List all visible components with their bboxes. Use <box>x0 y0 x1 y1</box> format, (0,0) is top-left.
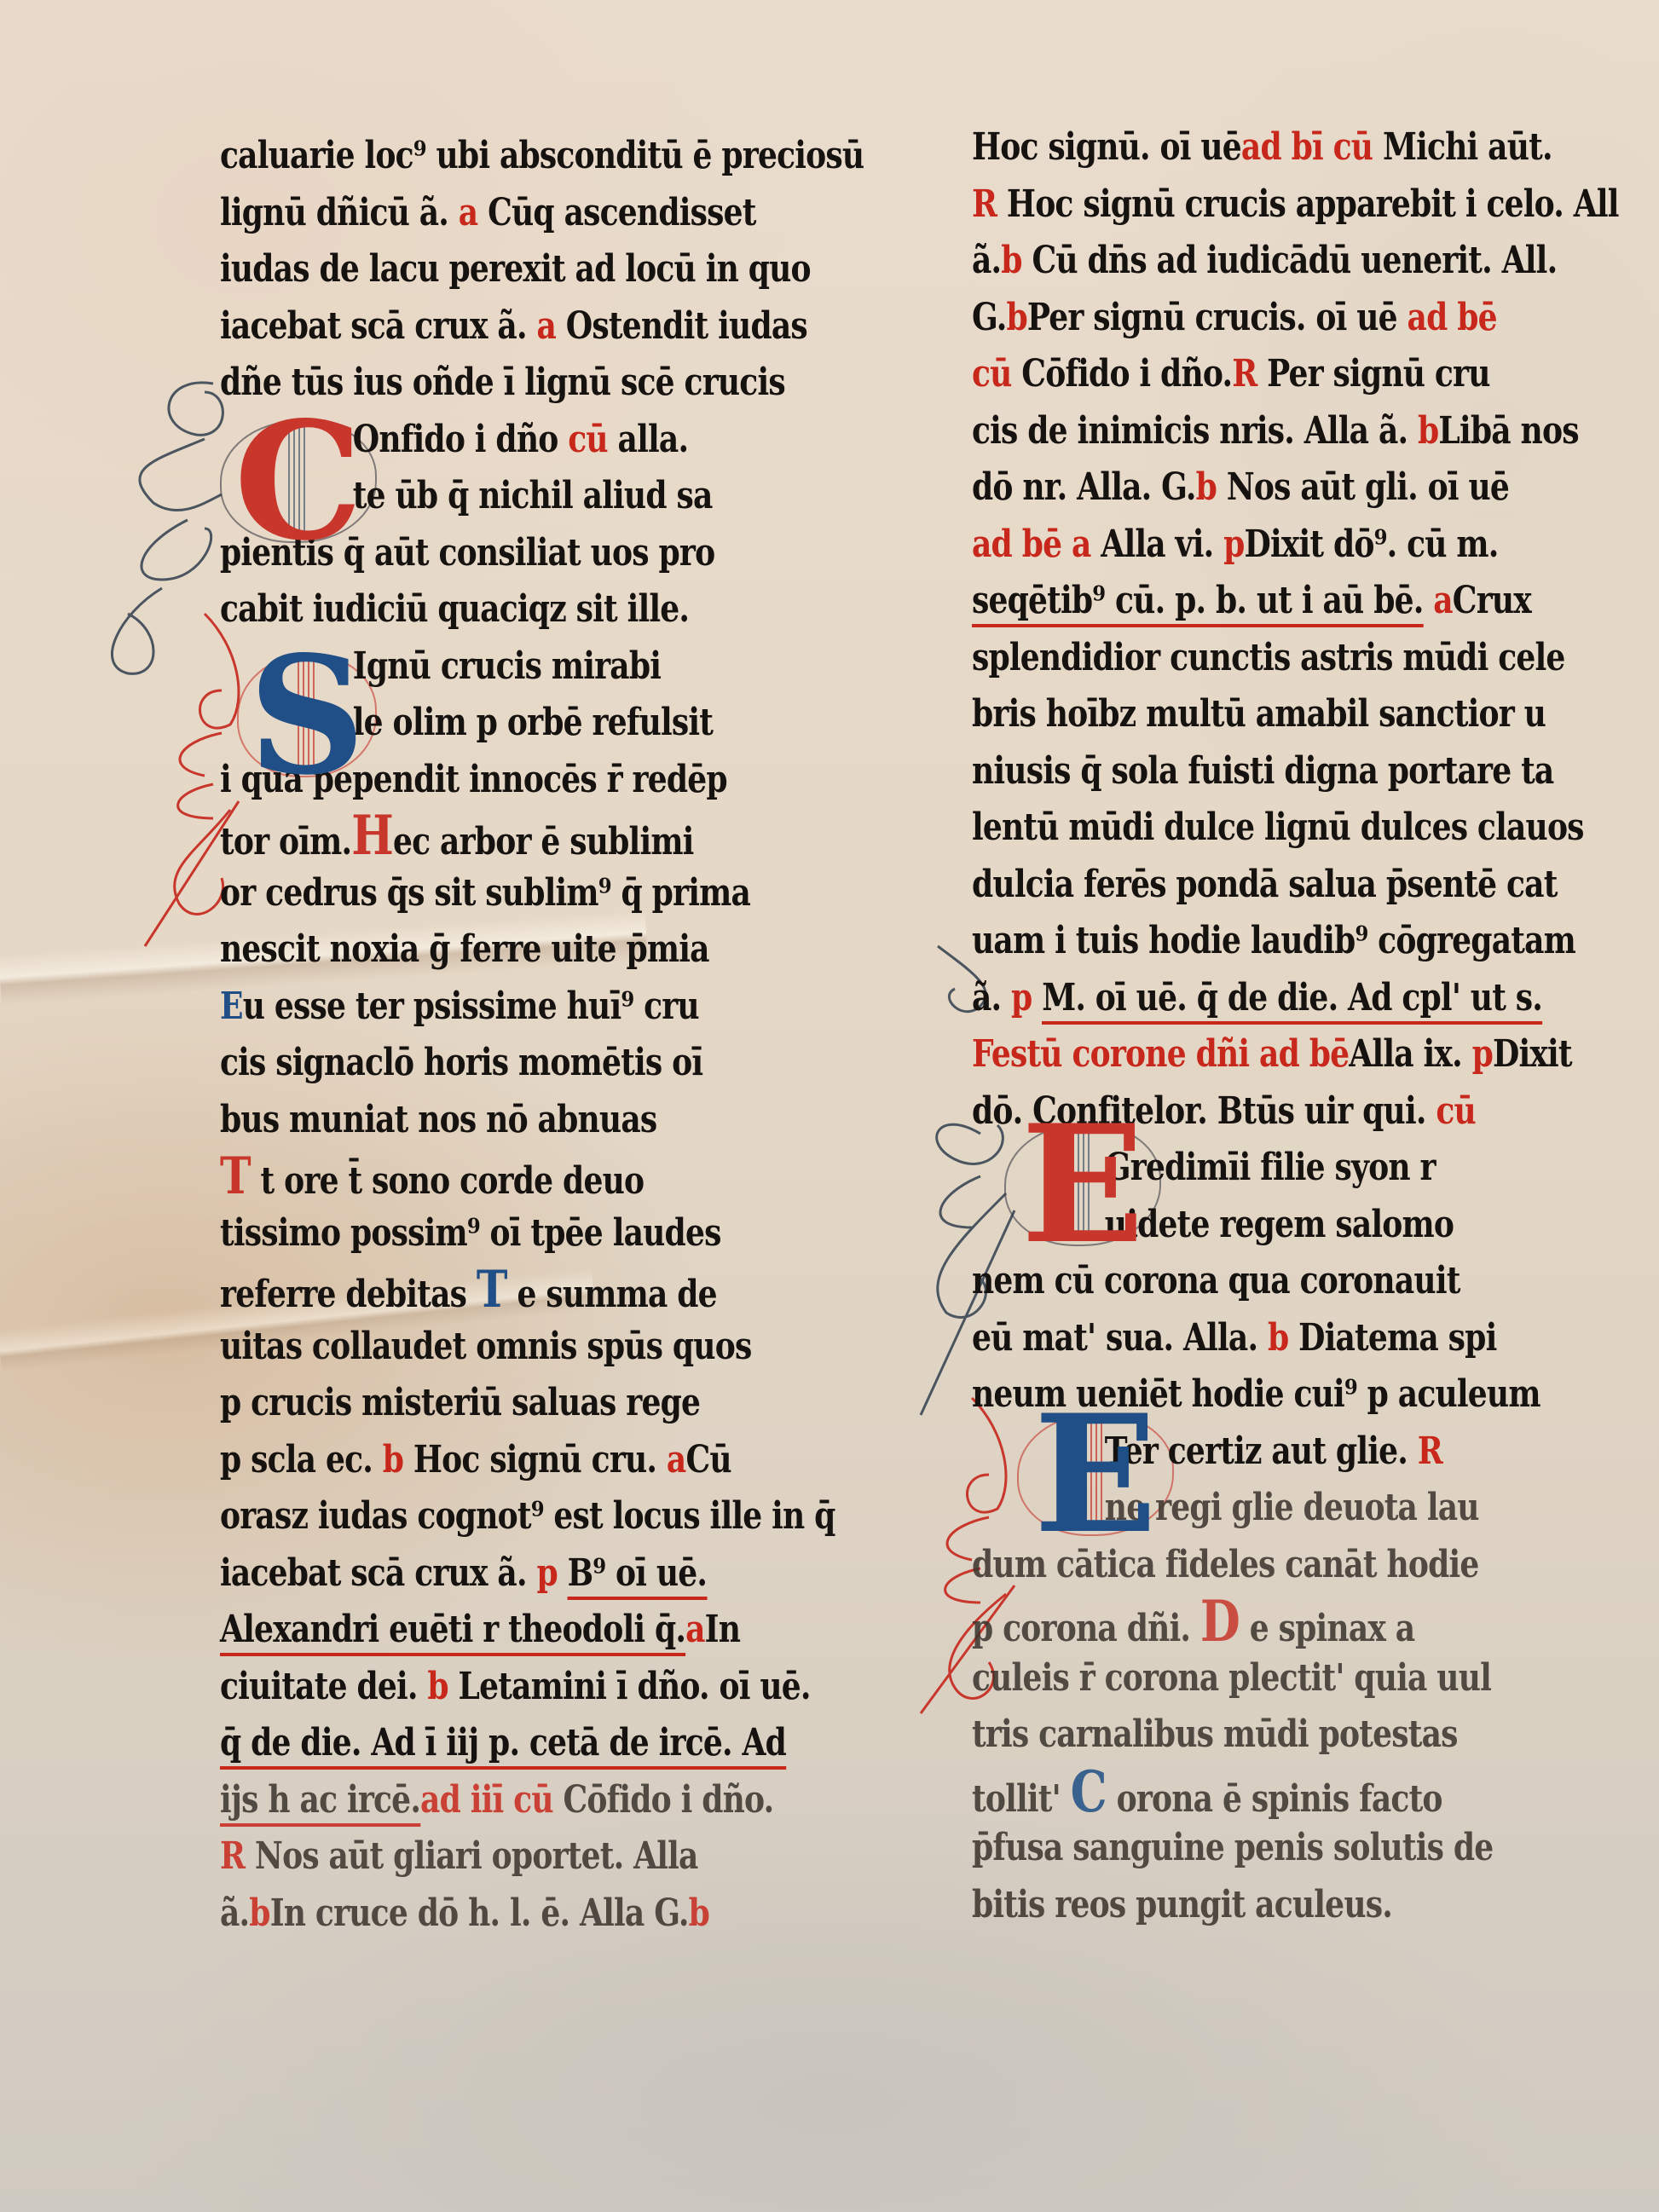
text-line: eū mat' sua. Alla. b Diatema spi <box>972 1310 1524 1367</box>
line-text: p crucis misteriū saluas rege <box>220 1381 700 1424</box>
rubric-response-mark: R <box>972 182 997 226</box>
text-line: p crucis misteriū saluas rege <box>220 1375 772 1432</box>
line-text: tollit' <box>972 1777 1061 1821</box>
rubric-mark: b <box>1001 239 1021 282</box>
text-line: splendidior cunctis astris mūdi cele <box>972 630 1524 687</box>
line-text: dulcia ferēs pondā salua p̄sentē cat <box>972 863 1558 906</box>
rubric-mark: b <box>1268 1316 1288 1360</box>
line-text: Alexandri euēti r theodoli q̄. <box>220 1608 685 1656</box>
text-line: or cedrus q̄s sit sublim⁹ q̄ prima <box>220 865 772 922</box>
text-line: cū Cōfido i dño.R Per signū cru <box>972 346 1524 403</box>
line-text: In <box>705 1608 740 1651</box>
line-text: p corona dñi. <box>972 1607 1190 1650</box>
text-line: cis signaclō horis momētis oī <box>220 1035 772 1092</box>
text-line: iacebat scā crux ã. a Ostendit iudas <box>220 298 772 355</box>
text-line: lignū dñicū ã. a Cūq ascendisset <box>220 185 772 242</box>
text-line: dulcia ferēs pondā salua p̄sentē cat <box>972 857 1524 914</box>
line-text: Alla vi. <box>1101 523 1213 566</box>
line-text: splendidior cunctis astris mūdi cele <box>972 636 1565 679</box>
small-initial-T: T <box>220 1146 251 1206</box>
rubric-mark: p <box>1011 976 1032 1019</box>
line-text: bitis reos pungit aculeus. <box>972 1883 1392 1926</box>
text-line: tris carnalibus mūdi potestas <box>972 1707 1524 1764</box>
text-line: caluarie loc⁹ ubi absconditū ē preciosū <box>220 128 772 185</box>
text-line: ijs h ac ircē.ad iiī cū Cōfido i dño. <box>220 1772 772 1829</box>
line-text: lignū dñicū ã. <box>220 191 448 234</box>
text-line: R Hoc signū crucis apparebit i celo. All <box>972 176 1524 234</box>
line-text: Ostendit iudas <box>566 304 807 348</box>
initial-glyph: E <box>1034 1411 1158 1539</box>
line-text: G. <box>654 1891 688 1935</box>
text-line: bus muniat nos nō abnuas <box>220 1092 772 1149</box>
line-text: Hoc signū crucis apparebit i celo. All <box>1007 182 1619 226</box>
rubric-mark: cū <box>568 418 608 461</box>
rubric-mark: p <box>1223 523 1244 566</box>
line-text: orasz iudas cognot⁹ est locus ille in q̄ <box>220 1494 835 1538</box>
line-text: ã. <box>220 1891 249 1935</box>
line-text: u esse ter psissime huī⁹ cru <box>243 985 699 1028</box>
rubric-mark: ad bī cū <box>1241 125 1373 169</box>
decorated-initial-C: C <box>213 413 384 550</box>
text-line: T t ore t̄ sono corde deuo <box>220 1148 772 1205</box>
line-text: ne regi glie deuota lau <box>1105 1486 1479 1529</box>
line-text: Dixit <box>1493 1032 1572 1076</box>
line-text: t ore t̄ sono corde deuo <box>261 1159 645 1203</box>
text-line: orasz iudas cognot⁹ est locus ille in q̄ <box>220 1488 772 1545</box>
line-text: Cōfido i dño. <box>563 1778 773 1822</box>
line-text: ã. <box>972 976 1001 1019</box>
line-text: or cedrus q̄s sit sublim⁹ q̄ prima <box>220 871 750 915</box>
rubric-mark: b <box>1418 409 1438 453</box>
line-text: eū mat' sua. Alla. <box>972 1316 1257 1360</box>
rubric-response-mark: R <box>1418 1429 1442 1473</box>
line-text: Cōfido i dño. <box>1021 352 1232 396</box>
line-text: G. <box>972 296 1006 339</box>
rubric-mark: a <box>667 1438 686 1481</box>
line-text: Gredimīi filie syon r <box>1105 1146 1436 1189</box>
line-text: e summa de <box>517 1273 716 1316</box>
line-text: lentū mūdi dulce lignū dulces clauos <box>972 806 1584 849</box>
text-line: seqētib⁹ cū. p. b. ut i aū bē. aCrux <box>972 573 1524 630</box>
line-text: Nos aūt gliari oportet. Alla <box>255 1834 698 1878</box>
rubric-mark: b <box>249 1891 269 1935</box>
text-line: Eu esse ter psissime huī⁹ cru <box>220 979 772 1036</box>
line-text: caluarie loc⁹ ubi absconditū ē preciosū <box>220 134 864 177</box>
rubric-mark: ad bē <box>1408 296 1497 339</box>
rubric-mark: p <box>1472 1032 1493 1076</box>
rubric-response-mark: R <box>220 1834 245 1878</box>
text-line: iudas de lacu perexit ad locū in quo <box>220 241 772 298</box>
text-line: R Nos aūt gliari oportet. Alla <box>220 1828 772 1886</box>
line-text: M. oī uē. q̄ de die. Ad cpl' ut s. <box>1042 976 1542 1025</box>
small-initial-H: H <box>351 804 393 868</box>
rubric-mark: ad iiī cū <box>420 1778 553 1822</box>
text-line: ã. p M. oī uē. q̄ de die. Ad cpl' ut s. <box>972 970 1524 1027</box>
text-line: q̄ de die. Ad ī iij p. cetā de ircē. Ad <box>220 1715 772 1772</box>
text-line: tor oīm.Hec arbor ē sublimi <box>220 808 772 865</box>
line-text: Michi aūt. <box>1383 125 1552 169</box>
line-text: Libā nos <box>1438 409 1578 453</box>
line-text: ijs h ac ircē. <box>220 1778 420 1827</box>
rubric-mark: a <box>536 304 556 348</box>
line-text: Cū dn̄s ad iudicādū uenerit. All. <box>1032 239 1557 282</box>
line-text: Hoc signū cru. <box>413 1438 656 1481</box>
text-line: ad bē a Alla vi. pDixit dō⁹. cū m. <box>972 517 1524 574</box>
right-text-column: Hoc signū. oī uēad bī cū Michi aūt. R Ho… <box>972 119 1645 1933</box>
line-text: iudas de lacu perexit ad locū in quo <box>220 247 811 291</box>
line-text: uam i tuis hodie laudib⁹ cōgregatam <box>972 919 1575 962</box>
small-initial-E: E <box>220 985 243 1028</box>
text-line: Hoc signū. oī uēad bī cū Michi aūt. <box>972 119 1524 176</box>
decorated-initial-E-red: E <box>997 1117 1168 1253</box>
rubric-mark: b <box>383 1438 403 1481</box>
small-initial-T: T <box>477 1260 507 1320</box>
line-text: iacebat scā crux ã. <box>220 1551 527 1595</box>
line-text: p̄fusa sanguine penis solutis de <box>972 1826 1493 1869</box>
line-text: bus muniat nos nō abnuas <box>220 1098 656 1141</box>
text-line: ã.bIn cruce dō h. l. ē. Alla G.b <box>220 1886 772 1943</box>
line-text: Diatema spi <box>1298 1316 1496 1360</box>
line-text: alla. <box>618 418 689 461</box>
text-line: Festū corone dñi ad bēAlla ix. pDixit <box>972 1026 1524 1083</box>
text-line: bitis reos pungit aculeus. <box>972 1877 1524 1934</box>
rubric-feast-heading: Festū corone dñi ad bē <box>972 1032 1349 1076</box>
line-text: cis signaclō horis momētis oī <box>220 1041 702 1084</box>
line-text: Dixit dō⁹. cū m. <box>1244 523 1498 566</box>
text-line: nescit noxia ḡ ferre uite p̄mia <box>220 921 772 979</box>
line-text: B⁹ oī uē. <box>568 1551 708 1600</box>
line-text: culeis r̄ corona plectit' quia uul <box>972 1656 1491 1700</box>
text-line: p corona dñi. D e spinax a <box>972 1593 1524 1650</box>
text-line: p̄fusa sanguine penis solutis de <box>972 1820 1524 1877</box>
line-text: ciuitate dei. <box>220 1665 418 1708</box>
line-text: e spinax a <box>1250 1607 1415 1650</box>
text-line: culeis r̄ corona plectit' quia uul <box>972 1650 1524 1707</box>
rubric-mark: b <box>1006 296 1026 339</box>
line-text: q̄ de die. Ad ī iij p. cetā de ircē. Ad <box>220 1721 786 1770</box>
text-line: uam i tuis hodie laudib⁹ cōgregatam <box>972 913 1524 970</box>
line-text: uidete regem salomo <box>1105 1203 1454 1246</box>
text-line: ciuitate dei. b Letamini ī dño. oī uē. <box>220 1659 772 1716</box>
line-text: Onfido i dño <box>353 418 558 461</box>
line-text: orona ē spinis facto <box>1117 1777 1442 1821</box>
initial-glyph: C <box>234 418 362 546</box>
line-text: seqētib⁹ cū. p. b. ut i aū bē. <box>972 579 1423 627</box>
text-line: G.bPer signū crucis. oī uē ad bē <box>972 290 1524 347</box>
text-line: p scla ec. b Hoc signū cru. aCū <box>220 1432 772 1489</box>
small-initial-D: D <box>1200 1588 1240 1655</box>
text-line: tollit' C orona ē spinis facto <box>972 1764 1524 1821</box>
line-text: In cruce dō h. l. ē. Alla <box>270 1891 645 1935</box>
rubric-mark: b <box>689 1891 709 1935</box>
line-text: Alla ix. <box>1349 1032 1462 1076</box>
line-text: le olim p orbē refulsit <box>353 701 713 744</box>
line-text: niusis q̄ sola fuisti digna portare ta <box>972 749 1553 793</box>
line-text: ec arbor ē sublimi <box>393 820 694 863</box>
text-line: Alexandri euēti r theodoli q̄.aIn <box>220 1602 772 1659</box>
rubric-mark: a <box>1433 579 1453 622</box>
rubric-mark: cū <box>972 352 1012 396</box>
line-text: Letamini ī dño. oī uē. <box>459 1665 811 1708</box>
line-text: dō nr. Alla. G. <box>972 465 1196 509</box>
line-text: Hoc signū. oī uē <box>972 125 1241 169</box>
rubric-mark: ad bē a <box>972 523 1091 566</box>
text-line: dō nr. Alla. G.b Nos aūt gli. oī uē <box>972 459 1524 517</box>
text-line: cis de inimicis nris. Alla ã. bLibā nos <box>972 403 1524 460</box>
text-line: uitas collaudet omnis spūs quos <box>220 1319 772 1376</box>
decorated-initial-E-blue: E <box>1010 1406 1181 1543</box>
line-text: Per signū cru <box>1267 352 1490 396</box>
initial-glyph: S <box>248 652 365 780</box>
rubric-mark: a <box>459 191 478 234</box>
line-text: Crux <box>1453 579 1531 622</box>
line-text: bris hoībz multū amabil sanctior u <box>972 692 1546 736</box>
rubric-mark: cū <box>1436 1089 1476 1133</box>
rubric-mark: b <box>427 1665 448 1708</box>
line-text: p scla ec. <box>220 1438 373 1481</box>
text-line: lentū mūdi dulce lignū dulces clauos <box>972 800 1524 857</box>
text-line: niusis q̄ sola fuisti digna portare ta <box>972 743 1524 800</box>
line-text: Cūq ascendisset <box>488 191 755 234</box>
line-text: iacebat scā crux ã. <box>220 304 527 348</box>
line-text: tor oīm. <box>220 820 351 863</box>
rubric-mark: b <box>1196 465 1217 509</box>
line-text: cis de inimicis nris. Alla ã. <box>972 409 1408 453</box>
line-text: ã. <box>972 239 1001 282</box>
small-initial-C: C <box>1071 1759 1107 1825</box>
line-text: Nos aūt gli. oī uē <box>1227 465 1509 509</box>
text-line: ã.b Cū dn̄s ad iudicādū uenerit. All. <box>972 233 1524 290</box>
line-text: tris carnalibus mūdi potestas <box>972 1712 1458 1756</box>
decorated-initial-S: S <box>230 648 384 784</box>
line-text: tissimo possim⁹ oī tpēe laudes <box>220 1211 721 1255</box>
text-line: bris hoībz multū amabil sanctior u <box>972 686 1524 743</box>
text-line: tissimo possim⁹ oī tpēe laudes <box>220 1205 772 1262</box>
line-text: nescit noxia ḡ ferre uite p̄mia <box>220 927 709 971</box>
line-text: te ūb q̄ nichil aliud sa <box>353 474 713 517</box>
initial-glyph: E <box>1021 1121 1145 1249</box>
text-line: referre debitas T e summa de <box>220 1262 772 1319</box>
line-text: uitas collaudet omnis spūs quos <box>220 1325 751 1368</box>
rubric-response-mark: R <box>1232 352 1257 396</box>
line-text: referre debitas <box>220 1273 466 1316</box>
text-line: iacebat scā crux ã. p B⁹ oī uē. <box>220 1545 772 1603</box>
line-text: Per signū crucis. oī uē <box>1027 296 1397 339</box>
line-text: Cū <box>685 1438 731 1481</box>
line-text: Ignū crucis mirabi <box>353 644 661 688</box>
rubric-mark: p <box>536 1551 557 1595</box>
rubric-mark: a <box>685 1608 705 1651</box>
